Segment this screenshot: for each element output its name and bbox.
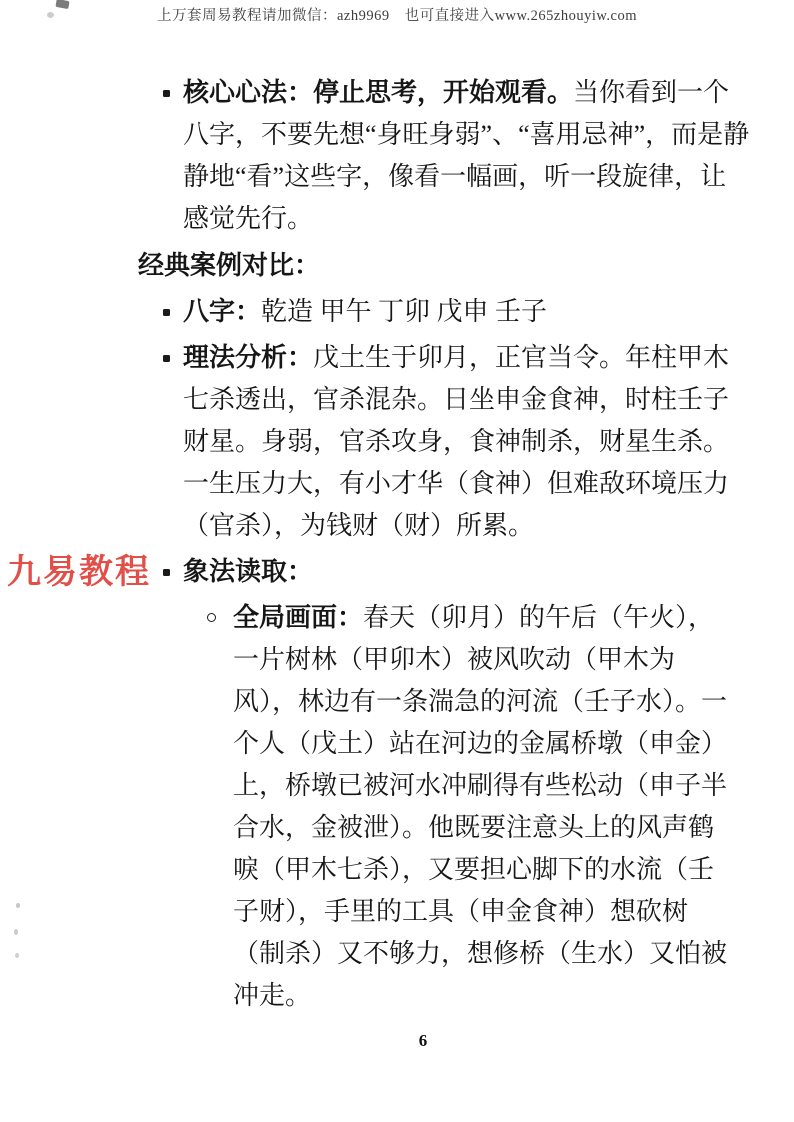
scan-artifact-speck <box>47 12 54 18</box>
list-item-text: 核心心法：停止思考，开始观看。当你看到一个八字，不要先想“身旺身弱”、“喜用忌神… <box>183 72 750 240</box>
list-item-lifa-analysis: 理法分析：戊土生于卯月，正官当令。年柱甲木七杀透出，官杀混杂。日坐申金食神，时柱… <box>138 337 750 547</box>
list-item-global-picture: 全局画面：春天（卯月）的午后（午火），一片树林（甲卯木）被风吹动（甲木为风），林… <box>207 597 750 1017</box>
bold-lead-global-picture: 全局画面： <box>233 603 363 632</box>
list-item-bazi: 八字：乾造 甲午 丁卯 戊申 壬子 <box>138 291 750 333</box>
list-item-text: 理法分析：戊土生于卯月，正官当令。年柱甲木七杀透出，官杀混杂。日坐申金食神，时柱… <box>183 337 750 547</box>
watermark-jiuyi-jiaocheng: 九易教程 <box>7 544 151 593</box>
scan-artifact-speck <box>15 953 19 958</box>
scan-artifact-speck <box>16 903 20 908</box>
bold-lead-xiangfa: 象法读取： <box>183 557 313 586</box>
dot-bullet-icon <box>163 309 170 316</box>
body-text-global-picture: 春天（卯月）的午后（午火），一片树林（甲卯木）被风吹动（甲木为风），林边有一条湍… <box>233 603 727 1010</box>
bold-lead-core-method: 核心心法：停止思考，开始观看。 <box>183 78 573 107</box>
list-item-xiangfa: 象法读取： <box>138 551 750 593</box>
section-heading-classic-case: 经典案例对比： <box>138 245 750 287</box>
bullet-column <box>138 72 183 97</box>
bullet-column <box>207 597 233 622</box>
circle-bullet-icon <box>207 613 216 622</box>
list-item-core-method: 核心心法：停止思考，开始观看。当你看到一个八字，不要先想“身旺身弱”、“喜用忌神… <box>138 72 750 240</box>
page-number: 6 <box>0 1031 794 1051</box>
body-text-bazi: 乾造 甲午 丁卯 戊申 壬子 <box>261 297 547 326</box>
document-body: 核心心法：停止思考，开始观看。当你看到一个八字，不要先想“身旺身弱”、“喜用忌神… <box>138 72 750 1017</box>
bullet-column <box>138 551 183 576</box>
bullet-column <box>138 291 183 316</box>
list-item-text: 全局画面：春天（卯月）的午后（午火），一片树林（甲卯木）被风吹动（甲木为风），林… <box>233 597 730 1017</box>
list-item-text: 八字：乾造 甲午 丁卯 戊申 壬子 <box>183 291 750 333</box>
dot-bullet-icon <box>163 355 170 362</box>
bullet-column <box>138 337 183 362</box>
promo-header-text: 上万套周易教程请加微信：azh9969 也可直接进入www.265zhouyiw… <box>0 4 794 25</box>
document-page: 上万套周易教程请加微信：azh9969 也可直接进入www.265zhouyiw… <box>0 0 794 1122</box>
scan-artifact-speck <box>14 929 18 935</box>
list-item-text: 象法读取： <box>183 551 750 593</box>
dot-bullet-icon <box>163 569 170 576</box>
bold-lead-lifa: 理法分析： <box>183 343 313 372</box>
body-text-lifa: 戊土生于卯月，正官当令。年柱甲木七杀透出，官杀混杂。日坐申金食神，时柱壬子财星。… <box>183 343 729 540</box>
bold-lead-bazi: 八字： <box>183 297 261 326</box>
dot-bullet-icon <box>163 90 170 97</box>
